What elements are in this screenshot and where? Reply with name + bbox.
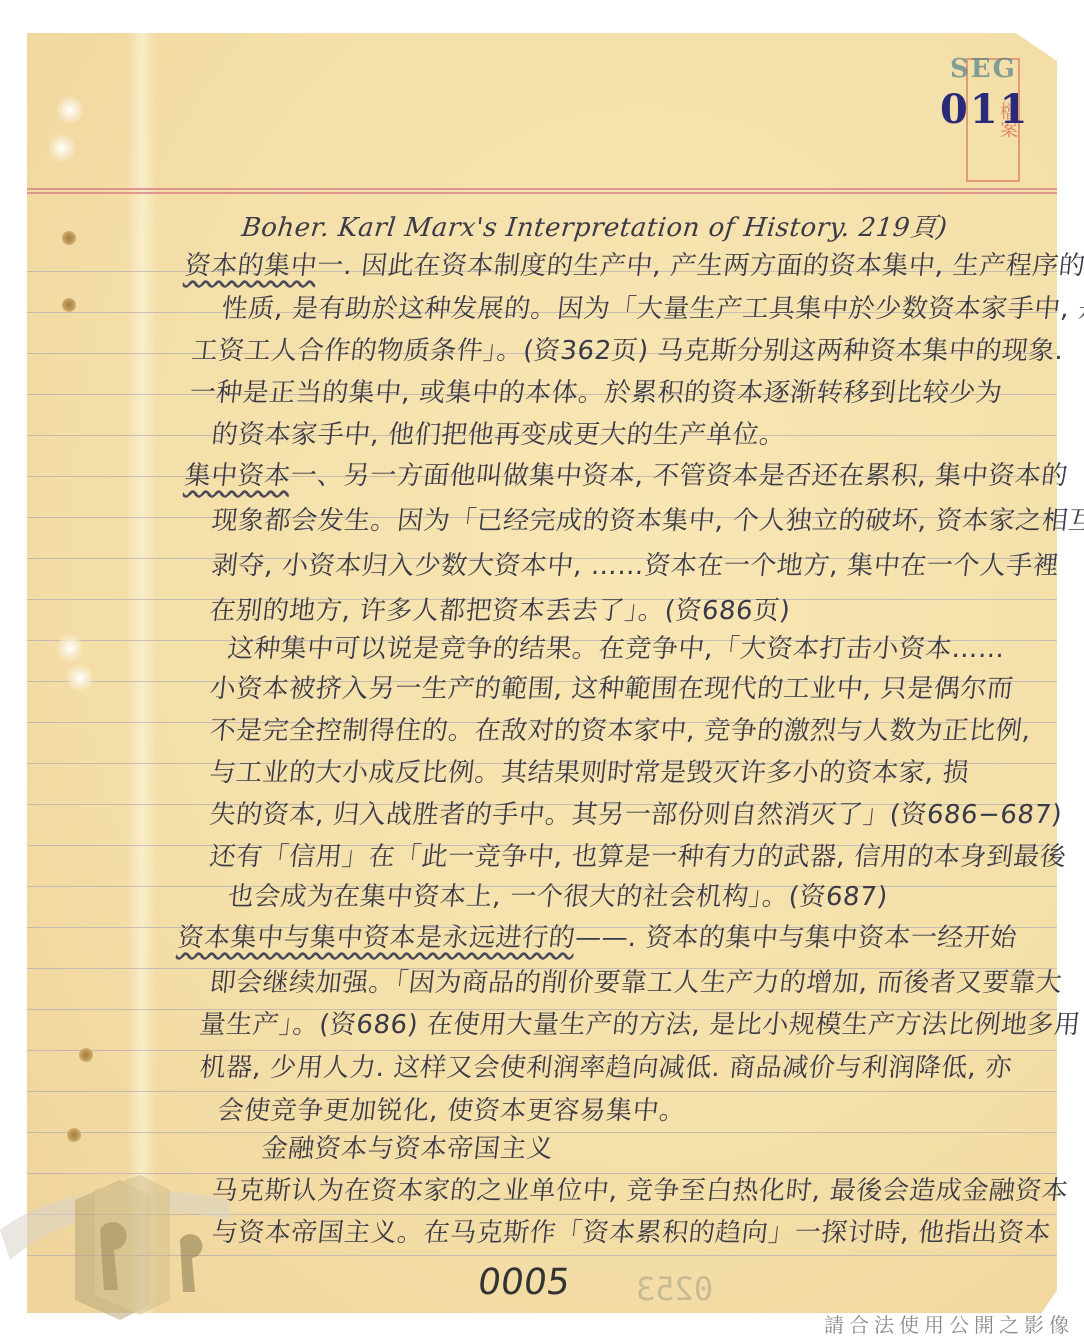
torn-punch-hole [57, 95, 83, 125]
text-line-21: 会使竞争更加锐化, 使资本更容易集中。 [216, 1090, 688, 1127]
text-line-11: 小资本被挤入另一生产的範围, 这种範围在现代的工业中, 只是偶尔而 [208, 668, 1015, 705]
text-line-3: 工资工人合作的物质条件」。(资362页) 马克斯分别这两种资本集中的现象. [190, 330, 1066, 367]
stamp-number: 011 [940, 86, 1030, 133]
topic-label: 资本的集中 [183, 251, 319, 281]
section-heading: 金融资本与资本帝国主义 [260, 1128, 555, 1165]
text-line-16: 也会成为在集中资本上, 一个很大的社会机构」。(资687) [226, 876, 890, 913]
text-line-12: 不是完全控制得住的。在敌对的资本家中, 竞争的激烈与人数为正比例, [208, 710, 1033, 747]
page-fold [127, 33, 157, 1313]
text-line-9: 在别的地方, 许多人都把资本丢去了」。(资686页) [208, 590, 792, 627]
archive-logo-icon [0, 1150, 240, 1340]
text-line-1: 资本的集中一. 因此在资本制度的生产中, 产生两方面的资本集中, 生产程序的 [183, 245, 1084, 282]
red-margin-rule [27, 188, 1057, 190]
text-line-5: 的资本家手中, 他们把他再变成更大的生产单位。 [210, 414, 788, 451]
red-margin-rule [27, 192, 1057, 194]
torn-punch-hole [57, 633, 83, 663]
punch-hole [62, 231, 76, 245]
text-line-19: 量生产」。(资686) 在使用大量生产的方法, 是比小规模生产方法比例地多用 [198, 1004, 1083, 1041]
text-line-15: 还有「信用」在「此一竞争中, 也算是一种有力的武器, 信用的本身到最後 [208, 836, 1068, 873]
document-heading: Boher. Karl Marx's Interpretation of His… [240, 207, 949, 244]
topic-label: 资本集中与集中资本是永远进行的 [176, 923, 577, 953]
archive-stamp: 檔案 SEG 011 [938, 48, 1034, 178]
stamp-code: SEG [950, 54, 1017, 84]
topic-label: 集中资本 [183, 461, 292, 491]
text-line-4: 一种是正当的集中, 或集中的本体。於累积的资本逐渐转移到比较少为 [188, 372, 1004, 409]
page-number: 0005 [475, 1262, 572, 1303]
text-line-14: 失的资本, 归入战胜者的手中。其另一部份则自然消灭了」(资686−687) [208, 794, 1064, 831]
text-line-13: 与工业的大小成反比例。其结果则时常是毁灭许多小的资本家, 损 [208, 752, 971, 789]
text-line-17: 资本集中与集中资本是永远进行的——. 资本的集中与集中资本一经开始 [176, 917, 1019, 954]
text-line-18: 即会继续加强。「因为商品的削价要靠工人生产力的增加, 而後者又要靠大 [208, 962, 1064, 999]
text-line-23: 马克斯认为在资本家的之业单位中, 竞争至白热化时, 最後会造成金融资本 [210, 1170, 1070, 1207]
punch-hole [62, 298, 76, 312]
torn-punch-hole [67, 663, 93, 693]
watermark-notice: 請合法使用公開之影像 [824, 1309, 1074, 1338]
text-line-6: 集中资本一、另一方面他叫做集中资本, 不管资本是否还在累积, 集中资本的 [183, 455, 1070, 492]
text-line-10: 这种集中可以说是竞争的结果。在竞争中,「大资本打击小资本…… [226, 628, 1007, 665]
punch-hole [67, 1128, 81, 1142]
text-line-24: 与资本帝国主义。在马克斯作「资本累积的趋向」一探讨時, 他指出资本 [210, 1212, 1053, 1249]
text-line-8: 剥夺, 小资本归入少数大资本中, ……资本在一个地方, 集中在一个人手裡 [210, 545, 1061, 582]
text-line-20: 机器, 少用人力. 这样又会使利润率趋向减低. 商品减价与利润降低, 亦 [198, 1047, 1014, 1084]
bleed-through-number: 0253 [636, 1270, 713, 1308]
text-line-7: 现象都会发生。因为「已经完成的资本集中, 个人独立的破坏, 资本家之相互 [210, 500, 1084, 537]
punch-hole [79, 1048, 93, 1062]
torn-punch-hole [49, 133, 75, 163]
text-line-2: 性质, 是有助於这种发展的。因为「大量生产工具集中於少数资本家手中, 是 [220, 288, 1084, 325]
